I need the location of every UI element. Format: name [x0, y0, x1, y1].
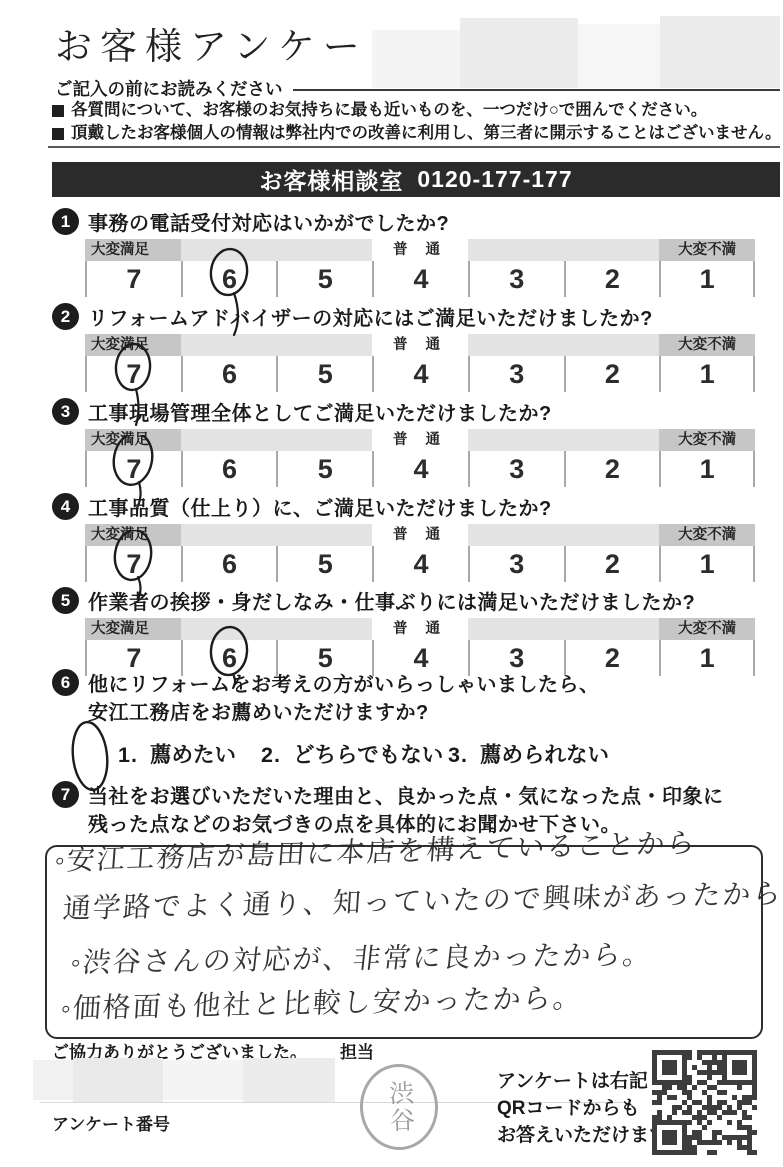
handwritten-answer-circle	[197, 624, 261, 736]
scale-band	[468, 239, 564, 261]
scale-number: 5	[276, 356, 372, 392]
qr-note-line: お答えいただけます	[497, 1122, 668, 1149]
scale-number: 7	[85, 261, 181, 297]
page-title: お客様アンケート	[55, 16, 413, 70]
qr-note: アンケートは右記 QRコードからも お答えいただけます	[497, 1068, 668, 1149]
redaction-area-top	[372, 8, 780, 90]
handwritten-answer-circle	[64, 694, 124, 804]
scale-band	[276, 239, 372, 261]
question-text: リフォームアドバイザーの対応にはご満足いただけましたか?	[88, 302, 653, 331]
scale-number: 3	[468, 451, 564, 487]
scale-number: 2	[564, 546, 660, 582]
scale-label-dissatisfied: 大変不満	[659, 239, 755, 261]
scale-number: 4	[372, 356, 468, 392]
scale-number: 2	[564, 261, 660, 297]
instruction-item: 各質問について、お客様のお気持ちに最も近いものを、一つだけ○で囲んでください。	[52, 99, 782, 122]
redaction-area-bottom	[33, 1058, 335, 1102]
scale-number: 5	[276, 261, 372, 297]
question-text: 事務の電話受付対応はいかがでしたか?	[88, 207, 449, 236]
staff-hanko-stamp: 渋谷	[359, 1063, 440, 1152]
free-response-box: ◦安江工務店が島田に本店を構えていることから 通学路でよく通り、知っていたので興…	[45, 845, 763, 1039]
instruction-text: 各質問について、お客様のお気持ちに最も近いものを、一つだけ○で囲んでください。	[71, 99, 707, 122]
stamp-name: 渋谷	[385, 1080, 413, 1135]
option-item: 3. 薦められない	[448, 738, 609, 769]
question-number-badge: 2	[52, 303, 79, 330]
scale-label-dissatisfied: 大変不満	[659, 524, 755, 546]
scale-number: 6	[181, 451, 277, 487]
scale-number: 4	[372, 546, 468, 582]
hotline-bar: お客様相談室 0120-177-177	[52, 162, 780, 197]
question-number-badge: 5	[52, 587, 79, 614]
scale-number: 1	[659, 451, 755, 487]
qr-code	[652, 1050, 758, 1156]
choice-options: 1. 薦めたい 2. どちらでもない 3. 薦められない	[85, 738, 745, 772]
question-text: 作業者の挨拶・身だしなみ・仕事ぶりには満足いただけましたか?	[88, 586, 695, 615]
scale-number: 1	[659, 261, 755, 297]
scale-number: 1	[659, 356, 755, 392]
scale-number: 3	[468, 261, 564, 297]
rating-scale: 大変満足 普 通 大変不満 7 6 5 4 3 2 1	[85, 524, 755, 582]
scale-label-neutral: 普 通	[372, 239, 468, 261]
option-label: 薦めたい	[150, 738, 236, 769]
instructions-heading: ご記入の前にお読みください	[55, 76, 283, 101]
scale-band	[181, 429, 277, 451]
handwritten-answer-circle	[101, 530, 165, 642]
handwriting-line: ◦渋谷さんの対応が、非常に良かったから。	[69, 933, 655, 981]
scale-band	[564, 334, 660, 356]
scale-label-dissatisfied: 大変不満	[659, 334, 755, 356]
question-text: 当社をお選びいただいた理由と、良かった点・気になった点・印象に	[88, 780, 724, 809]
question-number-badge: 1	[52, 208, 79, 235]
question-block: 2 リフォームアドバイザーの対応にはご満足いただけましたか? 大変満足 普 通 …	[52, 302, 762, 331]
scale-number: 2	[564, 356, 660, 392]
option-label: どちらでもない	[293, 738, 443, 769]
scale-label-neutral: 普 通	[372, 334, 468, 356]
scale-number: 4	[372, 261, 468, 297]
scale-band	[276, 334, 372, 356]
question-number-badge: 3	[52, 398, 79, 425]
scale-number: 6	[181, 546, 277, 582]
option-item: 2. どちらでもない	[261, 738, 443, 769]
scale-band	[564, 429, 660, 451]
rating-scale: 大変満足 普 通 大変不満 7 6 5 4 3 2 1	[85, 429, 755, 487]
staff-label: 担当	[340, 1038, 374, 1063]
question-block: 1 事務の電話受付対応はいかがでしたか? 大変満足 普 通 大変不満 7 6 5…	[52, 207, 762, 236]
scale-label-dissatisfied: 大変不満	[659, 618, 755, 640]
option-item: 1. 薦めたい	[118, 738, 236, 769]
option-number: 3.	[448, 743, 468, 768]
handwriting-line: 通学路でよく通り、知っていたので興味があったから。	[62, 871, 783, 927]
handwritten-answer-circle	[197, 245, 261, 357]
instruction-item: 頂戴したお客様個人の情報は弊社内での改善に利用し、第三者に開示することはございま…	[52, 122, 782, 145]
scale-label-neutral: 普 通	[372, 524, 468, 546]
question-text: 他にリフォームをお考えの方がいらっしゃいましたら、	[88, 668, 600, 697]
scale-band	[276, 429, 372, 451]
option-number: 2.	[261, 743, 281, 768]
option-label: 薦められない	[480, 738, 609, 769]
scale-label-neutral: 普 通	[372, 618, 468, 640]
square-bullet-icon	[52, 128, 64, 140]
question-block: 6 他にリフォームをお考えの方がいらっしゃいましたら、 安江工務店をお薦めいただ…	[52, 668, 762, 784]
hotline-label: お客様相談室	[259, 163, 403, 196]
scale-band	[276, 618, 372, 640]
rating-scale: 大変満足 普 通 大変不満 7 6 5 4 3 2 1	[85, 334, 755, 392]
scale-number: 3	[468, 546, 564, 582]
section-divider	[48, 146, 780, 148]
scale-band	[181, 524, 277, 546]
scale-number: 3	[468, 356, 564, 392]
qr-note-line: アンケートは右記	[497, 1068, 668, 1095]
scale-band	[468, 524, 564, 546]
qr-note-line: QRコードからも	[497, 1095, 668, 1122]
scale-label-neutral: 普 通	[372, 429, 468, 451]
scale-number: 2	[564, 451, 660, 487]
scale-band	[564, 239, 660, 261]
scale-band	[564, 524, 660, 546]
scale-label-satisfied: 大変満足	[85, 239, 181, 261]
scale-band	[468, 334, 564, 356]
survey-number-label: アンケート番号	[52, 1110, 170, 1135]
scale-number: 5	[276, 451, 372, 487]
scale-number: 4	[372, 451, 468, 487]
scale-band	[468, 429, 564, 451]
scale-band	[276, 524, 372, 546]
scale-number: 5	[276, 546, 372, 582]
scale-label-dissatisfied: 大変不満	[659, 429, 755, 451]
instructions-list: 各質問について、お客様のお気持ちに最も近いものを、一つだけ○で囲んでください。 …	[52, 99, 782, 145]
survey-form-page: お客様アンケート ご記入の前にお読みください 各質問について、お客様のお気持ちに…	[0, 0, 783, 1167]
scale-band	[468, 618, 564, 640]
question-number-badge: 4	[52, 493, 79, 520]
scale-band	[564, 618, 660, 640]
hotline-phone: 0120-177-177	[417, 166, 572, 193]
rating-scale: 大変満足 普 通 大変不満 7 6 5 4 3 2 1	[85, 239, 755, 297]
instruction-text: 頂戴したお客様個人の情報は弊社内での改善に利用し、第三者に開示することはございま…	[71, 122, 782, 145]
scale-number: 1	[659, 546, 755, 582]
handwriting-line: ◦価格面も他社と比較し安かったから。	[60, 976, 584, 1027]
square-bullet-icon	[52, 105, 64, 117]
scale-number: 6	[181, 356, 277, 392]
question-number-badge: 6	[52, 669, 79, 696]
